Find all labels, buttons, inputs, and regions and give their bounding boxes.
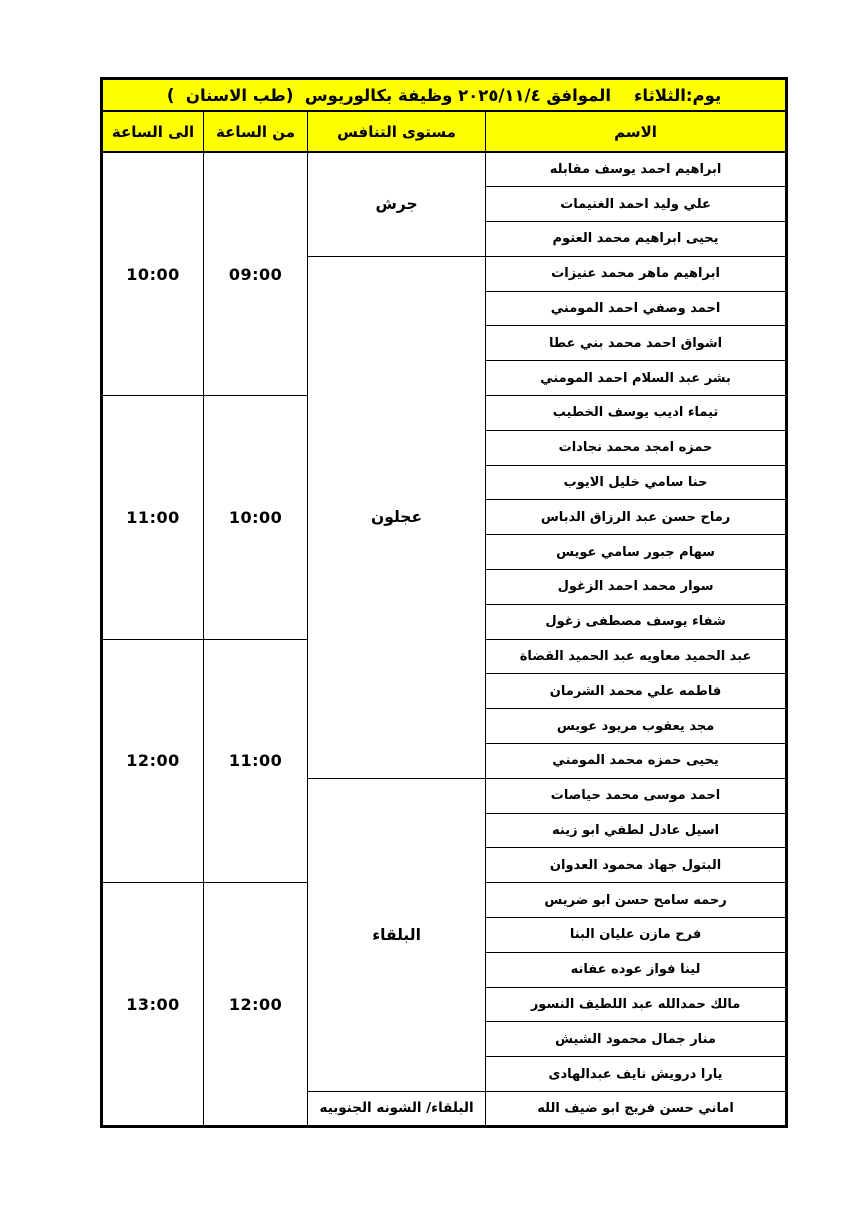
name-cell: يارا درويش نايف عبدالهادى xyxy=(486,1057,787,1092)
to-time-cell: 13:00 xyxy=(102,883,204,1127)
name-cell: سوار محمد احمد الزغول xyxy=(486,570,787,605)
from-time-cell: 11:00 xyxy=(204,639,308,883)
to-time-cell: 11:00 xyxy=(102,396,204,640)
name-cell: مالك حمدالله عبد اللطيف النسور xyxy=(486,987,787,1022)
name-cell: لينا فواز عوده عفانه xyxy=(486,952,787,987)
name-cell: فاطمه علي محمد الشرمان xyxy=(486,674,787,709)
name-cell: يحيى ابراهيم محمد العتوم xyxy=(486,222,787,257)
from-time-cell: 10:00 xyxy=(204,396,308,640)
competition-level-cell: عجلون xyxy=(308,256,486,778)
name-cell: سهام جبور سامي عويس xyxy=(486,535,787,570)
to-time-cell: 12:00 xyxy=(102,639,204,883)
name-cell: يحيى حمزه محمد المومني xyxy=(486,744,787,779)
name-cell: احمد وصفي احمد المومني xyxy=(486,291,787,326)
from-time-cell: 09:00 xyxy=(204,152,308,396)
competition-level-cell: جرش xyxy=(308,152,486,256)
name-cell: منار جمال محمود الشيش xyxy=(486,1022,787,1057)
name-cell: البتول جهاد محمود العدوان xyxy=(486,848,787,883)
name-cell: عبد الحميد معاويه عبد الحميد القضاة xyxy=(486,639,787,674)
name-cell: فرح مازن عليان البنا xyxy=(486,918,787,953)
schedule-table: يوم:الثلاثاء الموافق ٢٠٢٥/١١/٤ وظيفة بكا… xyxy=(100,77,788,1128)
name-cell: ابراهيم ماهر محمد عنيزات xyxy=(486,256,787,291)
page-title: يوم:الثلاثاء الموافق ٢٠٢٥/١١/٤ وظيفة بكا… xyxy=(102,79,787,112)
name-cell: تيماء اديب يوسف الخطيب xyxy=(486,396,787,431)
name-cell: مجد يعقوب مريود عويس xyxy=(486,709,787,744)
table-row: ابراهيم احمد يوسف مقابلهجرش09:0010:00 xyxy=(102,152,787,187)
name-cell: احمد موسى محمد حياصات xyxy=(486,778,787,813)
title-row: يوم:الثلاثاء الموافق ٢٠٢٥/١١/٤ وظيفة بكا… xyxy=(102,79,787,112)
name-cell: ابراهيم احمد يوسف مقابله xyxy=(486,152,787,187)
col-header-from: من الساعة xyxy=(204,111,308,152)
competition-level-cell: البلقاء xyxy=(308,778,486,1091)
column-header-row: الاسم مستوى التنافس من الساعة الى الساعة xyxy=(102,111,787,152)
page: يوم:الثلاثاء الموافق ٢٠٢٥/١١/٤ وظيفة بكا… xyxy=(0,0,850,1210)
schedule-body: ابراهيم احمد يوسف مقابلهجرش09:0010:00علي… xyxy=(102,152,787,1126)
name-cell: اشواق احمد محمد بني عطا xyxy=(486,326,787,361)
col-header-level: مستوى التنافس xyxy=(308,111,486,152)
from-time-cell: 12:00 xyxy=(204,883,308,1127)
name-cell: بشر عبد السلام احمد المومني xyxy=(486,361,787,396)
col-header-name: الاسم xyxy=(486,111,787,152)
name-cell: حنا سامي خليل الايوب xyxy=(486,465,787,500)
name-cell: شفاء يوسف مصطفى زغول xyxy=(486,604,787,639)
name-cell: علي وليد احمد الغنيمات xyxy=(486,187,787,222)
col-header-to: الى الساعة xyxy=(102,111,204,152)
competition-level-cell: البلقاء/ الشونه الجنوبيه xyxy=(308,1092,486,1127)
name-cell: رحمه سامح حسن ابو ضريس xyxy=(486,883,787,918)
name-cell: اماني حسن فريج ابو ضيف الله xyxy=(486,1092,787,1127)
name-cell: اسيل عادل لطفي ابو زينه xyxy=(486,813,787,848)
name-cell: حمزه امجد محمد نجادات xyxy=(486,430,787,465)
name-cell: رماح حسن عبد الرزاق الدباس xyxy=(486,500,787,535)
to-time-cell: 10:00 xyxy=(102,152,204,396)
